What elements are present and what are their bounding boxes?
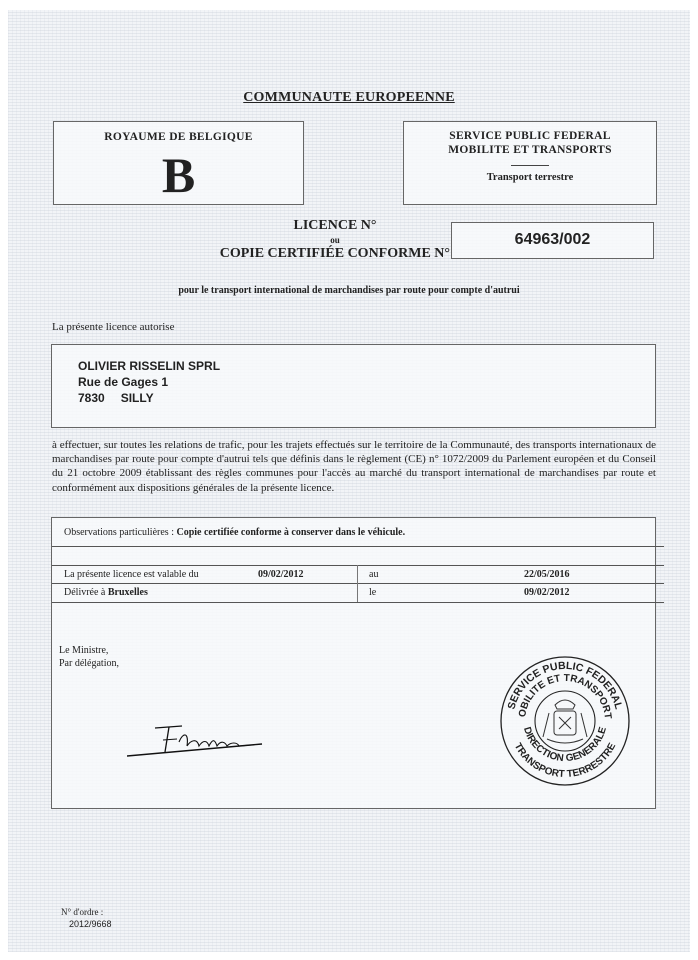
observations-label: Observations particulières : bbox=[64, 527, 174, 538]
divider bbox=[52, 565, 664, 566]
or-label: ou bbox=[230, 235, 440, 245]
valid-from-label: La présente licence est valable du bbox=[64, 569, 199, 580]
signatory-block: Le Ministre, Par délégation, bbox=[59, 644, 119, 670]
divider bbox=[52, 546, 664, 547]
order-number-label: N° d'ordre : bbox=[61, 907, 103, 917]
document-heading: COMMUNAUTE EUROPEENNE bbox=[0, 90, 698, 106]
valid-to-date: 22/05/2016 bbox=[524, 569, 570, 580]
holder-box: OLIVIER RISSELIN SPRL Rue de Gages 1 783… bbox=[51, 344, 656, 428]
divider bbox=[52, 583, 664, 584]
observations-value: Copie certifiée conforme à conserver dan… bbox=[176, 527, 405, 538]
official-stamp-icon: SERVICE PUBLIC FEDERAL MOBILITE ET TRANS… bbox=[499, 655, 631, 787]
country-box: ROYAUME DE BELGIQUE B bbox=[53, 121, 304, 205]
signature bbox=[127, 718, 267, 768]
authority-divider bbox=[511, 165, 549, 166]
country-code: B bbox=[54, 150, 303, 200]
valid-to-label: au bbox=[369, 569, 378, 580]
licence-subtitle: pour le transport international de march… bbox=[0, 285, 698, 296]
authority-box: SERVICE PUBLIC FEDERAL MOBILITE ET TRANS… bbox=[403, 121, 657, 205]
licence-number: 64963/002 bbox=[452, 231, 653, 249]
licence-body-text: à effectuer, sur toutes les relations de… bbox=[52, 438, 656, 495]
authority-department: Transport terrestre bbox=[404, 172, 656, 183]
signatory-title: Le Ministre, bbox=[59, 644, 119, 657]
validity-box: Observations particulières : Copie certi… bbox=[51, 517, 656, 809]
country-label: ROYAUME DE BELGIQUE bbox=[54, 131, 303, 143]
order-number: 2012/9668 bbox=[69, 919, 112, 929]
holder-name: OLIVIER RISSELIN SPRL bbox=[78, 359, 220, 373]
licence-number-label: LICENCE N° bbox=[230, 218, 440, 234]
issued-on-label: le bbox=[369, 587, 376, 598]
authority-line1: SERVICE PUBLIC FEDERAL bbox=[404, 130, 656, 142]
column-divider bbox=[357, 565, 358, 602]
holder-intro: La présente licence autorise bbox=[52, 321, 174, 333]
observations: Observations particulières : Copie certi… bbox=[64, 527, 405, 538]
holder-postal-code: 7830 bbox=[78, 391, 105, 405]
divider bbox=[52, 602, 664, 603]
issued-at-label: Délivrée à bbox=[64, 587, 105, 598]
holder-locality: 7830SILLY bbox=[78, 391, 154, 405]
holder-street: Rue de Gages 1 bbox=[78, 375, 168, 389]
licence-number-box: 64963/002 bbox=[451, 222, 654, 259]
certified-copy-label: COPIE CERTIFIÉE CONFORME N° bbox=[180, 246, 450, 262]
authority-line2: MOBILITE ET TRANSPORTS bbox=[404, 144, 656, 156]
issued-place: Bruxelles bbox=[108, 587, 148, 598]
holder-city: SILLY bbox=[121, 391, 154, 405]
valid-from-date: 09/02/2012 bbox=[258, 569, 304, 580]
issued-at: Délivrée à Bruxelles bbox=[64, 587, 148, 598]
issued-date: 09/02/2012 bbox=[524, 587, 570, 598]
signatory-delegation: Par délégation, bbox=[59, 657, 119, 670]
